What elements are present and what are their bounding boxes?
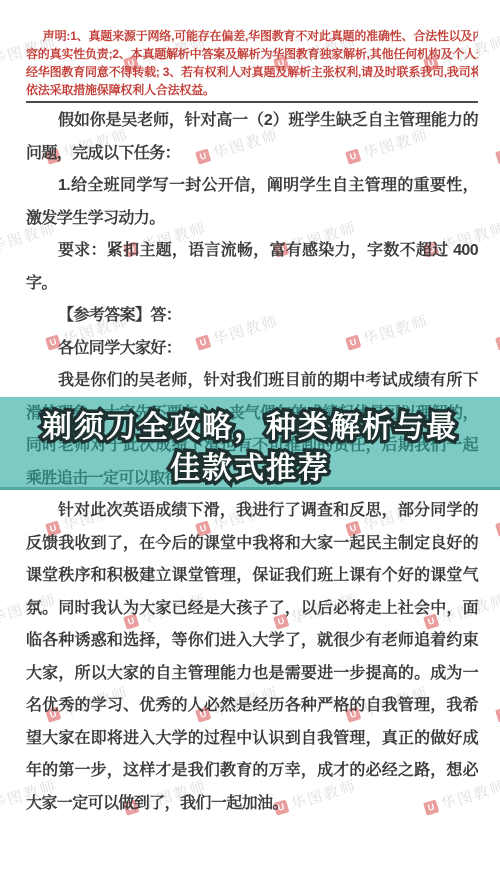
banner-title-line1: 剃须刀全攻略，种类解析与最: [0, 407, 500, 448]
document-line: 反馈我收到了，在今后的课堂中我将和大家一起民主制定良好的: [26, 528, 478, 561]
document-line: 大家，所以大家的自主管理能力也是需要进一步提高的。成为一: [26, 658, 478, 691]
document-line: 课堂秩序和积极建立课堂管理，保证我们班上课有个好的课堂气: [26, 560, 478, 593]
document-line: 临各种诱惑和选择，等你们进入大学了，就很少有老师追着约束: [26, 625, 478, 658]
document-line: 字。: [26, 268, 478, 301]
document-line: 名优秀的学习、优秀的人必然是经历各种严格的自我管理，我希: [26, 690, 478, 723]
document-line: 问题，完成以下任务：: [26, 138, 478, 171]
document-line: 针对此次英语成绩下滑，我进行了调查和反思，部分同学的: [26, 495, 478, 528]
document-line: 要求：紧扣主题，语言流畅，富有感染力，字数不超过 400: [26, 235, 478, 268]
document-line: 各位同学大家好：: [26, 333, 478, 366]
disclaimer-block: 声明:1、真题来源于网络,可能存在偏差,华图教育不对此真题的准确性、合法性以及内…: [26, 0, 478, 99]
document-line: 【参考答案】答：: [26, 300, 478, 333]
disclaimer-line: 声明:1、真题来源于网络,可能存在偏差,华图教育不对此真题的准确性、合法性以及内: [26, 27, 478, 45]
document-page: U华图教师U华图教师U华图教师U华图教师U华图教师U华图教师U华图教师U华图教师…: [0, 0, 500, 892]
document-line: 1.给全班同学写一封公开信，阐明学生自主管理的重要性，: [26, 170, 478, 203]
document-line: 望大家在即将进入大学的过程中认识到自我管理，真正的做好成: [26, 723, 478, 756]
document-line: 激发学生学习动力。: [26, 203, 478, 236]
disclaimer-line: 依法采取措施保障权利人合法权益。: [26, 81, 478, 99]
banner-title-line2: 佳款式推荐: [0, 448, 500, 489]
disclaimer-line: 经华图教育同意不得转载; 3、若有权利人对真题及解析主张权利,请及时联系我司,我…: [26, 63, 478, 81]
document-line: 我是你们的吴老师，针对我们班目前的期中考试成绩有所下: [26, 365, 478, 398]
disclaimer-line: 容的真实性负责;2、本真题解析中答案及解析为华图教育独家解析,其他任何机构及个人…: [26, 45, 478, 63]
document-line: 氛。同时我认为大家已经是大孩子了，以后必将走上社会中，面: [26, 593, 478, 626]
document-line: 假如你是吴老师，针对高一（2）班学生缺乏自主管理能力的: [26, 105, 478, 138]
document-line: 大家一定可以做到了，我们一起加油。: [26, 788, 478, 821]
overlay-banner-title: 剃须刀全攻略，种类解析与最 佳款式推荐: [0, 397, 500, 489]
document-line: 年的第一步，这样才是我们教育的万幸，成才的必经之路，想必: [26, 755, 478, 788]
